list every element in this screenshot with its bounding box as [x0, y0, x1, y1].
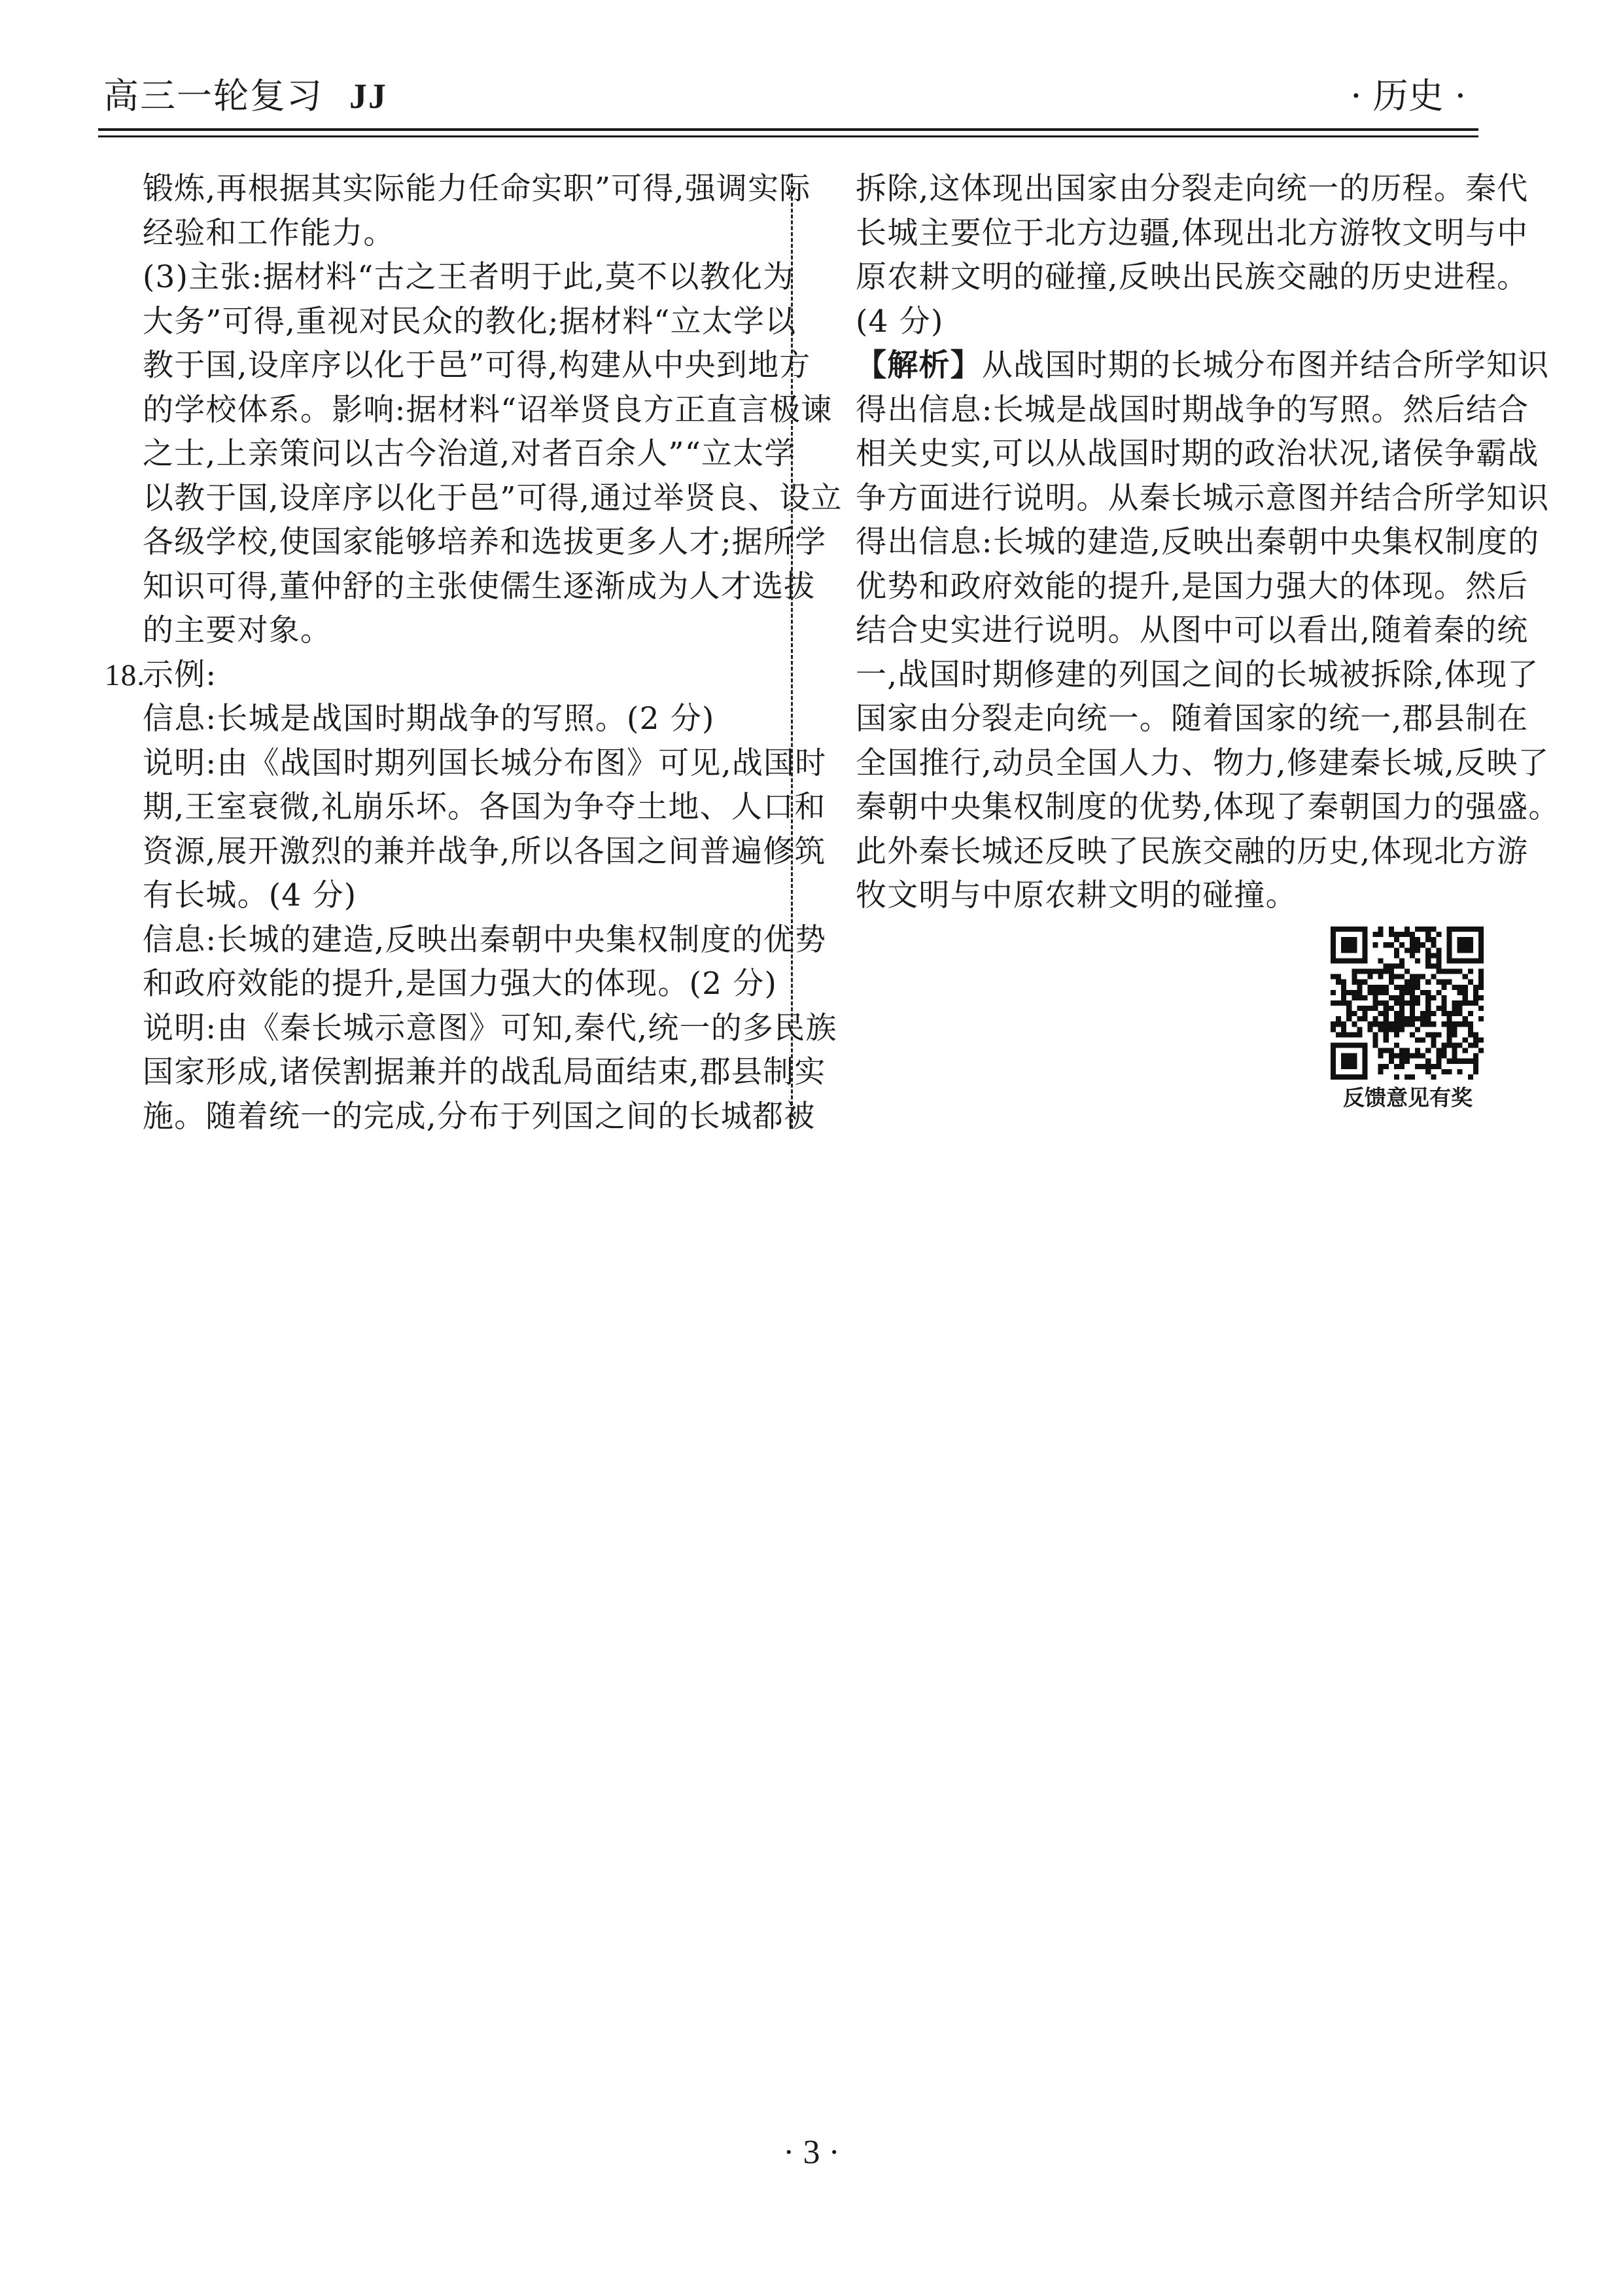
text-line: 以教于国,设庠序以化于邑”可得,通过举贤良、设立 [105, 476, 785, 521]
text-line: 施。随着统一的完成,分布于列国之间的长城都被 [105, 1095, 785, 1139]
line-text: 资源,展开激烈的兼并战争,所以各国之间普遍修筑 [143, 834, 826, 870]
line-text: 从战国时期的长城分布图并结合所学知识 [982, 347, 1550, 383]
text-line: (4 分) [856, 300, 1484, 344]
text-line: 经验和工作能力。 [105, 211, 785, 256]
text-line: 牧文明与中原农耕文明的碰撞。 [856, 874, 1484, 918]
text-line: 信息:长城是战国时期战争的写照。(2 分) [105, 697, 785, 741]
text-line: 大务”可得,重视对民众的教化;据材料“立太学以 [105, 300, 785, 344]
text-line: (3)主张:据材料“古之王者明于此,莫不以教化为 [105, 255, 785, 300]
text-line: 得出信息:长城是战国时期战争的写照。然后结合 [856, 388, 1484, 433]
text-line: 秦朝中央集权制度的优势,体现了秦朝国力的强盛。 [856, 785, 1484, 830]
subject-label: · 历史 · [1350, 73, 1466, 119]
text-line: 的主要对象。 [105, 609, 785, 653]
line-text: 一,战国时期修建的列国之间的长城被拆除,体现了 [856, 657, 1539, 693]
line-text: 大务”可得,重视对民众的教化;据材料“立太学以 [143, 304, 796, 340]
line-text: 得出信息:长城是战国时期战争的写照。然后结合 [856, 392, 1529, 428]
text-line: 结合史实进行说明。从图中可以看出,随着秦的统 [856, 609, 1484, 653]
line-text: 相关史实,可以从战国时期的政治状况,诸侯争霸战 [856, 436, 1539, 472]
line-text: 长城主要位于北方边疆,体现出北方游牧文明与中 [856, 215, 1528, 251]
line-text: 得出信息:长城的建造,反映出秦朝中央集权制度的 [856, 524, 1539, 560]
line-text: 经验和工作能力。 [143, 215, 395, 251]
text-line: 18.示例: [105, 653, 785, 698]
text-line: 信息:长城的建造,反映出秦朝中央集权制度的优势 [105, 918, 785, 963]
text-line: 有长城。(4 分) [105, 874, 785, 918]
text-line: 教于国,设庠序以化于邑”可得,构建从中央到地方 [105, 344, 785, 388]
qr-code-icon[interactable] [1331, 927, 1484, 1080]
line-text: (3)主张:据材料“古之王者明于此,莫不以教化为 [143, 259, 794, 295]
text-line: 全国推行,动员全国人力、物力,修建秦长城,反映了 [856, 741, 1484, 786]
text-line: 国家形成,诸侯割据兼并的战乱局面结束,郡县制实 [105, 1050, 785, 1095]
line-text: 和政府效能的提升,是国力强大的体现。(2 分) [143, 966, 777, 1002]
line-text: (4 分) [856, 304, 944, 340]
text-line: 拆除,这体现出国家由分裂走向统一的历程。秦代 [856, 167, 1484, 211]
line-text: 示例: [143, 657, 217, 693]
header-rule-bottom [98, 135, 1478, 137]
text-line: 【解析】从战国时期的长城分布图并结合所学知识 [856, 344, 1484, 388]
text-line: 国家由分裂走向统一。随着国家的统一,郡县制在 [856, 697, 1484, 741]
line-text: 以教于国,设庠序以化于邑”可得,通过举贤良、设立 [143, 480, 843, 516]
line-text: 此外秦长城还反映了民族交融的历史,体现北方游 [856, 834, 1528, 870]
page-header-title: 高三一轮复习JJ [103, 73, 387, 119]
line-text: 知识可得,董仲舒的主张使儒生逐渐成为人才选拔 [143, 569, 815, 605]
text-line: 一,战国时期修建的列国之间的长城被拆除,体现了 [856, 653, 1484, 698]
line-text: 之士,上亲策问以古今治道,对者百余人”“立太学 [143, 436, 796, 472]
line-text: 争方面进行说明。从秦长城示意图并结合所学知识 [856, 480, 1549, 516]
line-text: 说明:由《战国时期列国长城分布图》可见,战国时 [143, 745, 826, 781]
text-line: 资源,展开激烈的兼并战争,所以各国之间普遍修筑 [105, 830, 785, 874]
text-line: 期,王室衰微,礼崩乐坏。各国为争夺土地、人口和 [105, 785, 785, 830]
question-number: 18. [105, 654, 143, 698]
line-text: 期,王室衰微,礼崩乐坏。各国为争夺土地、人口和 [143, 789, 826, 825]
line-text: 有长城。(4 分) [143, 877, 357, 913]
line-text: 优势和政府效能的提升,是国力强大的体现。然后 [856, 569, 1528, 605]
text-line: 说明:由《战国时期列国长城分布图》可见,战国时 [105, 741, 785, 786]
qr-label: 反馈意见有奖 [1331, 1085, 1485, 1111]
line-text: 的学校体系。影响:据材料“诏举贤良方正直言极谏 [143, 392, 832, 428]
text-line: 得出信息:长城的建造,反映出秦朝中央集权制度的 [856, 520, 1484, 565]
line-text: 说明:由《秦长城示意图》可知,秦代,统一的多民族 [143, 1010, 837, 1046]
text-line: 此外秦长城还反映了民族交融的历史,体现北方游 [856, 830, 1484, 874]
line-text: 秦朝中央集权制度的优势,体现了秦朝国力的强盛。 [856, 789, 1560, 825]
text-line: 争方面进行说明。从秦长城示意图并结合所学知识 [856, 476, 1484, 521]
feedback-qr-block: 反馈意见有奖 [1331, 927, 1485, 1111]
line-text: 全国推行,动员全国人力、物力,修建秦长城,反映了 [856, 745, 1550, 781]
text-line: 各级学校,使国家能够培养和选拔更多人才;据所学 [105, 520, 785, 565]
line-text: 的主要对象。 [143, 612, 332, 648]
header-title: 高三一轮复习 [103, 75, 323, 116]
line-text: 原农耕文明的碰撞,反映出民族交融的历史进程。 [856, 259, 1528, 295]
left-column: 锻炼,再根据其实际能力任命实职”可得,强调实际经验和工作能力。(3)主张:据材料… [105, 167, 785, 1139]
right-column: 拆除,这体现出国家由分裂走向统一的历程。秦代长城主要位于北方边疆,体现出北方游牧… [856, 167, 1484, 918]
line-text: 结合史实进行说明。从图中可以看出,随着秦的统 [856, 612, 1528, 648]
text-line: 知识可得,董仲舒的主张使儒生逐渐成为人才选拔 [105, 565, 785, 609]
line-text: 牧文明与中原农耕文明的碰撞。 [856, 877, 1297, 913]
text-line: 之士,上亲策问以古今治道,对者百余人”“立太学 [105, 432, 785, 476]
page-number: · 3 · [0, 2132, 1623, 2174]
text-line: 原农耕文明的碰撞,反映出民族交融的历史进程。 [856, 255, 1484, 300]
line-text: 施。随着统一的完成,分布于列国之间的长城都被 [143, 1099, 815, 1135]
text-line: 长城主要位于北方边疆,体现出北方游牧文明与中 [856, 211, 1484, 256]
line-text: 锻炼,再根据其实际能力任命实职”可得,强调实际 [143, 171, 811, 207]
column-divider [791, 173, 793, 1129]
line-text: 各级学校,使国家能够培养和选拔更多人才;据所学 [143, 524, 826, 560]
text-line: 和政府效能的提升,是国力强大的体现。(2 分) [105, 962, 785, 1006]
line-text: 拆除,这体现出国家由分裂走向统一的历程。秦代 [856, 171, 1528, 207]
line-text: 教于国,设庠序以化于邑”可得,构建从中央到地方 [143, 347, 811, 383]
series-code: JJ [349, 77, 387, 116]
text-line: 优势和政府效能的提升,是国力强大的体现。然后 [856, 565, 1484, 609]
header-rule-top [98, 128, 1478, 131]
text-line: 锻炼,再根据其实际能力任命实职”可得,强调实际 [105, 167, 785, 211]
line-text: 国家形成,诸侯割据兼并的战乱局面结束,郡县制实 [143, 1054, 826, 1090]
text-line: 说明:由《秦长城示意图》可知,秦代,统一的多民族 [105, 1006, 785, 1051]
line-text: 国家由分裂走向统一。随着国家的统一,郡县制在 [856, 701, 1528, 737]
line-text: 信息:长城的建造,反映出秦朝中央集权制度的优势 [143, 922, 826, 958]
analysis-label: 【解析】 [856, 347, 982, 383]
line-text: 信息:长城是战国时期战争的写照。(2 分) [143, 701, 715, 737]
text-line: 的学校体系。影响:据材料“诏举贤良方正直言极谏 [105, 388, 785, 433]
text-line: 相关史实,可以从战国时期的政治状况,诸侯争霸战 [856, 432, 1484, 476]
